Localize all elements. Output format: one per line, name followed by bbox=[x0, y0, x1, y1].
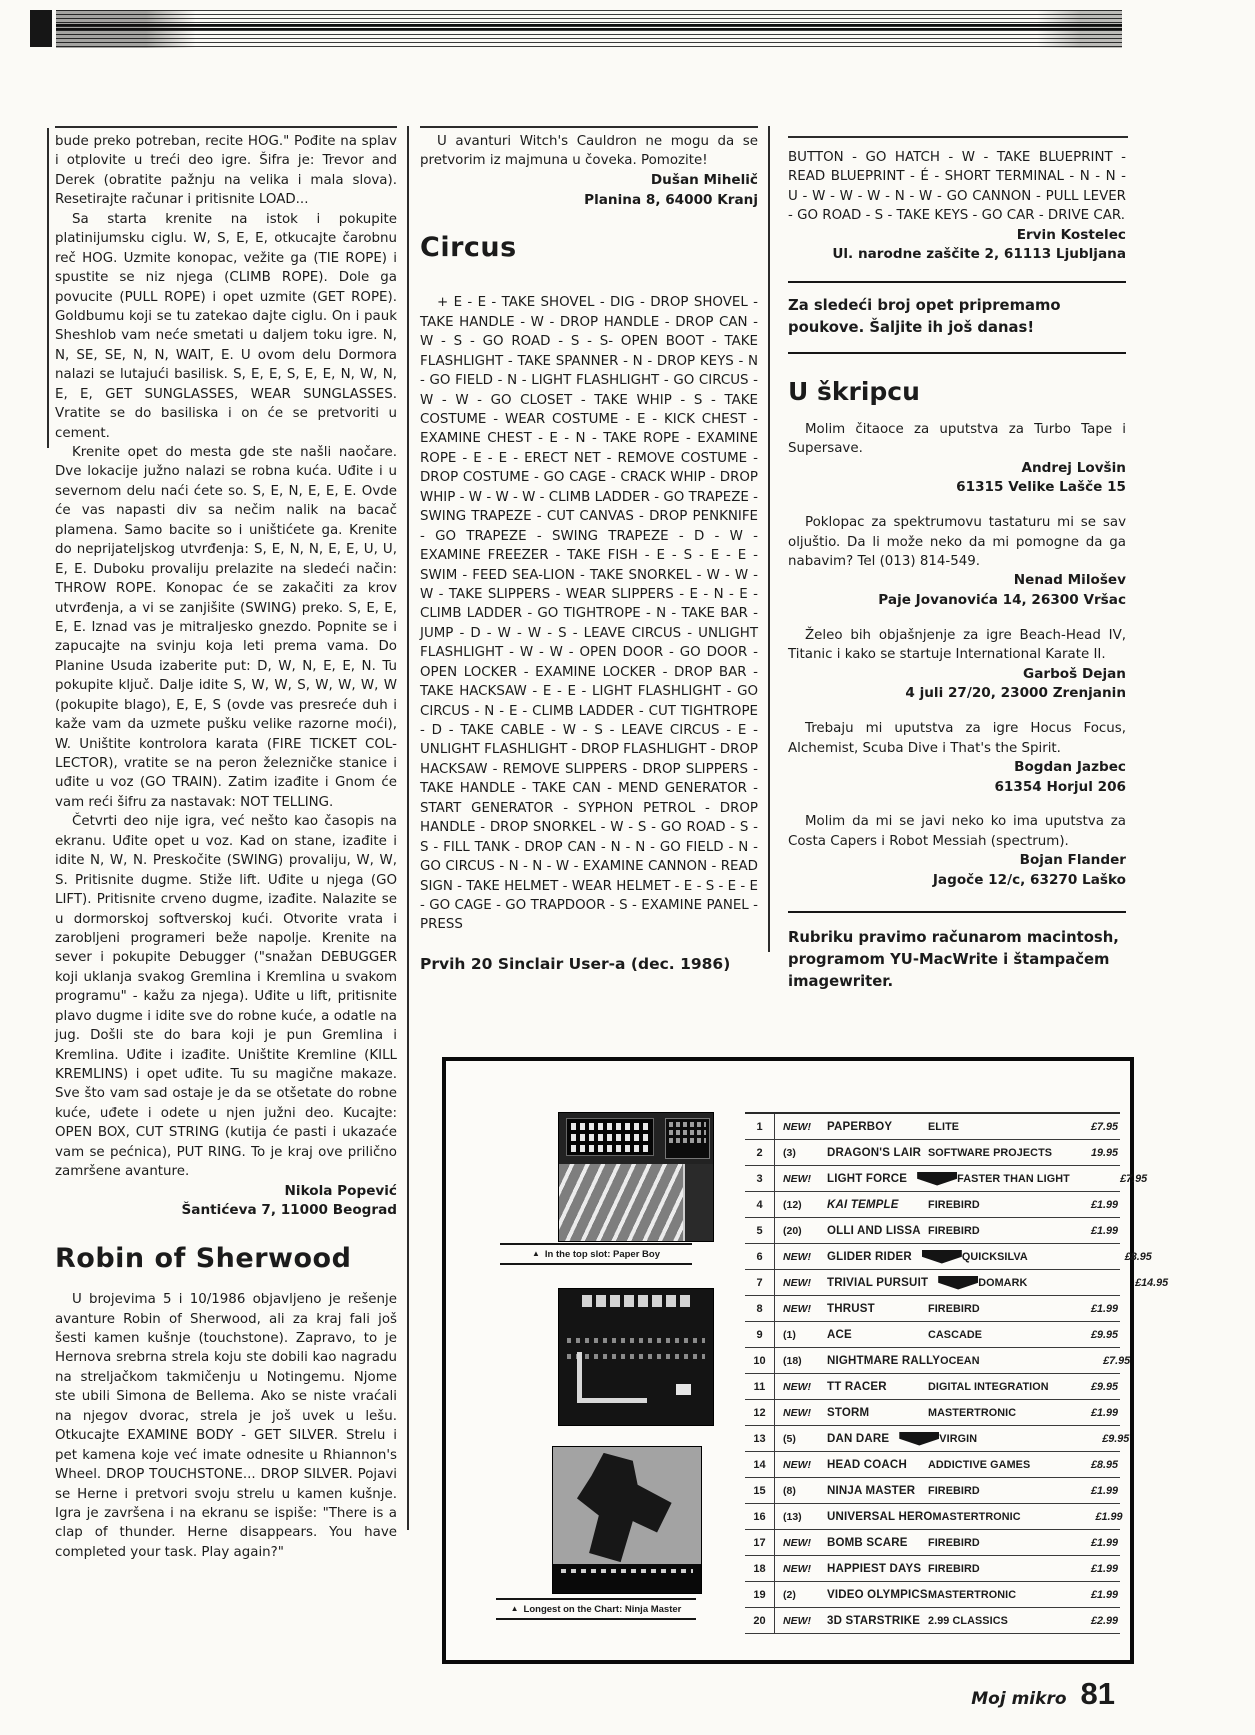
article-heading: Circus bbox=[420, 228, 758, 267]
game-title: HAPPIEST DAYS bbox=[827, 1563, 921, 1575]
letter-text: Poklopac za spektrumovu tastaturu mi se … bbox=[788, 513, 1126, 571]
publisher-cell: DIGITAL INTEGRATION bbox=[928, 1381, 1068, 1393]
previous-position-cell: (3) bbox=[775, 1147, 827, 1159]
letter-author: Bojan Flander bbox=[788, 851, 1126, 871]
column-1: bude preko potreban, recite HOG." Pođite… bbox=[55, 132, 397, 1562]
previous-position-cell: NEW! bbox=[775, 1563, 827, 1575]
title-cell: LIGHT FORCE bbox=[827, 1172, 957, 1186]
game-title: NINJA MASTER bbox=[827, 1485, 915, 1497]
price-cell: £8.95 bbox=[1068, 1459, 1120, 1471]
previous-position-cell: (5) bbox=[775, 1433, 827, 1445]
previous-position-cell: (18) bbox=[775, 1355, 827, 1367]
caption-text: Longest on the Chart: Ninja Master bbox=[524, 1604, 682, 1615]
table-row: 2 (3) DRAGON'S LAIR SOFTWARE PROJECTS 19… bbox=[745, 1140, 1120, 1166]
title-cell: NIGHTMARE RALLY bbox=[827, 1355, 940, 1367]
previous-position-cell: (8) bbox=[775, 1485, 827, 1497]
column1-top-rule bbox=[55, 126, 397, 128]
publisher-cell: ELITE bbox=[928, 1121, 1068, 1133]
letter-author: Andrej Lovšin bbox=[788, 459, 1126, 479]
publisher-cell: FIREBIRD bbox=[928, 1485, 1068, 1497]
game-title: BOMB SCARE bbox=[827, 1537, 908, 1549]
title-cell: TT RACER bbox=[827, 1381, 928, 1393]
title-cell: STORM bbox=[827, 1407, 928, 1419]
game-title: ACE bbox=[827, 1329, 852, 1341]
price-cell: £1.99 bbox=[1068, 1407, 1120, 1419]
letter-author: Bogdan Jazbec bbox=[788, 758, 1126, 778]
price-cell: £7.95 bbox=[1097, 1173, 1149, 1185]
page-number: 81 bbox=[1081, 1676, 1115, 1712]
price-cell: £1.99 bbox=[1068, 1563, 1120, 1575]
rank-cell: 4 bbox=[745, 1192, 775, 1217]
title-cell: OLLI AND LISSA bbox=[827, 1225, 928, 1237]
rank-cell: 5 bbox=[745, 1218, 775, 1243]
ninja-silhouette bbox=[565, 1453, 686, 1567]
rank-cell: 15 bbox=[745, 1478, 775, 1503]
author-address: Šantićeva 7, 11000 Beograd bbox=[55, 1201, 397, 1221]
pixel-text bbox=[571, 1123, 649, 1130]
rank-cell: 14 bbox=[745, 1452, 775, 1477]
article-heading: Robin of Sherwood bbox=[55, 1239, 397, 1278]
caption-text: In the top slot: Paper Boy bbox=[545, 1249, 660, 1260]
walkthrough-text: BUTTON - GO HATCH - W - TAKE BLUEPRINT -… bbox=[788, 148, 1126, 226]
price-cell: £1.99 bbox=[1072, 1511, 1124, 1523]
table-row: 13 (5) DAN DARE VIRGIN £9.95 bbox=[745, 1426, 1120, 1452]
publisher-cell: FIREBIRD bbox=[928, 1537, 1068, 1549]
column1-left-rule bbox=[47, 128, 49, 448]
magazine-page: bude preko potreban, recite HOG." Pođite… bbox=[0, 0, 1255, 1735]
chart-source-caption: Prvih 20 Sinclair User-a (dec. 1986) bbox=[420, 953, 758, 975]
game-title: THRUST bbox=[827, 1303, 875, 1315]
pixel-text bbox=[571, 1145, 649, 1152]
paperboy-score-panel bbox=[665, 1118, 710, 1158]
game-title: TT RACER bbox=[827, 1381, 887, 1393]
table-row: 11 NEW! TT RACER DIGITAL INTEGRATION £9.… bbox=[745, 1374, 1120, 1400]
chart-buster-badge bbox=[938, 1276, 978, 1290]
publisher-cell: FASTER THAN LIGHT bbox=[957, 1173, 1097, 1185]
table-row: 20 NEW! 3D STARSTRIKE 2.99 CLASSICS £2.9… bbox=[745, 1608, 1120, 1634]
chart-buster-badge bbox=[922, 1250, 962, 1264]
table-row: 19 (2) VIDEO OLYMPICS MASTERTRONIC £1.99 bbox=[745, 1582, 1120, 1608]
rank-cell: 13 bbox=[745, 1426, 775, 1451]
price-cell: £9.95 bbox=[1068, 1381, 1120, 1393]
game-title: VIDEO OLYMPICS bbox=[827, 1589, 928, 1601]
reader-letter: Molim da mi se javi neko ko ima uputstva… bbox=[788, 812, 1126, 890]
previous-position-cell: NEW! bbox=[775, 1173, 827, 1185]
top20-table: 1 NEW! PAPERBOY ELITE £7.95 2 (3) DRAGON… bbox=[745, 1112, 1120, 1634]
game-title: DRAGON'S LAIR bbox=[827, 1147, 921, 1159]
publisher-cell: MASTERTRONIC bbox=[928, 1407, 1068, 1419]
screenshot-uridium bbox=[558, 1288, 714, 1426]
editorial-promo-note: Za sledeći broj opet pripremamo poukove.… bbox=[788, 281, 1126, 353]
title-cell: HAPPIEST DAYS bbox=[827, 1563, 928, 1575]
price-cell: £9.95 bbox=[1068, 1329, 1120, 1341]
reader-letter: Molim čitaoce za uputstva za Turbo Tape … bbox=[788, 420, 1126, 498]
price-cell: £1.99 bbox=[1068, 1303, 1120, 1315]
walkthrough-text: + E - E - TAKE SHOVEL - DIG - DROP SHOVE… bbox=[420, 293, 758, 934]
price-cell: £2.99 bbox=[1068, 1615, 1120, 1627]
title-cell: 3D STARSTRIKE bbox=[827, 1615, 928, 1627]
game-title: NIGHTMARE RALLY bbox=[827, 1355, 940, 1367]
game-title: KAI TEMPLE bbox=[827, 1199, 899, 1211]
title-cell: KAI TEMPLE bbox=[827, 1199, 928, 1211]
rank-cell: 2 bbox=[745, 1140, 775, 1165]
previous-position-cell: (1) bbox=[775, 1329, 827, 1341]
table-row: 10 (18) NIGHTMARE RALLY OCEAN £7.95 bbox=[745, 1348, 1120, 1374]
table-row: 12 NEW! STORM MASTERTRONIC £1.99 bbox=[745, 1400, 1120, 1426]
rank-cell: 8 bbox=[745, 1296, 775, 1321]
chart-buster-badge bbox=[917, 1172, 957, 1186]
letter-text: Želeo bih objašnjenje za igre Beach-Head… bbox=[788, 626, 1126, 665]
magazine-brand: Moj mikro bbox=[971, 1689, 1066, 1709]
table-row: 9 (1) ACE CASCADE £9.95 bbox=[745, 1322, 1120, 1348]
game-title: PAPERBOY bbox=[827, 1121, 892, 1133]
letter-address: 61354 Horjul 206 bbox=[788, 778, 1126, 798]
paperboy-logo-area bbox=[567, 1119, 653, 1155]
publisher-cell: FIREBIRD bbox=[928, 1303, 1068, 1315]
previous-position-cell: NEW! bbox=[775, 1303, 827, 1315]
letter-address: 4 juli 27/20, 23000 Zrenjanin bbox=[788, 684, 1126, 704]
title-cell: NINJA MASTER bbox=[827, 1485, 928, 1497]
publisher-cell: FIREBIRD bbox=[928, 1199, 1068, 1211]
rank-cell: 9 bbox=[745, 1322, 775, 1347]
caption-triangle-icon: ▲ bbox=[532, 1250, 540, 1258]
letter-text: Molim da mi se javi neko ko ima uputstva… bbox=[788, 812, 1126, 851]
column2-top-rule bbox=[420, 126, 758, 128]
rank-cell: 11 bbox=[745, 1374, 775, 1399]
letter-address: Paje Jovanovića 14, 26300 Vršac bbox=[788, 591, 1126, 611]
sprite-blip bbox=[676, 1384, 691, 1395]
screenshot-caption: ▲ In the top slot: Paper Boy bbox=[500, 1243, 692, 1265]
title-cell: DAN DARE bbox=[827, 1432, 939, 1446]
pixel-text bbox=[669, 1130, 706, 1135]
letter-text: Trebaju mi uputstva za igre Hocus Focus,… bbox=[788, 719, 1126, 758]
title-cell: GLIDER RIDER bbox=[827, 1250, 962, 1264]
letter-address: 61315 Velike Lašče 15 bbox=[788, 478, 1126, 498]
title-cell: VIDEO OLYMPICS bbox=[827, 1589, 928, 1601]
publisher-cell: VIRGIN bbox=[939, 1433, 1079, 1445]
screenshot-caption: ▲ Longest on the Chart: Ninja Master bbox=[496, 1598, 696, 1620]
game-title: OLLI AND LISSA bbox=[827, 1225, 921, 1237]
author-name: Dušan Mihelič bbox=[420, 171, 758, 191]
playfield-structure bbox=[577, 1352, 647, 1403]
previous-position-cell: NEW! bbox=[775, 1381, 827, 1393]
rank-cell: 10 bbox=[745, 1348, 775, 1373]
rank-cell: 12 bbox=[745, 1400, 775, 1425]
paragraph: Sa starta krenite na istok i pokupite pl… bbox=[55, 210, 397, 443]
pixel-row bbox=[567, 1338, 706, 1343]
price-cell: £1.99 bbox=[1068, 1225, 1120, 1237]
paragraph: bude preko potreban, recite HOG." Pođite… bbox=[55, 132, 397, 210]
title-cell: ACE bbox=[827, 1329, 928, 1341]
publisher-cell: DOMARK bbox=[978, 1277, 1118, 1289]
rank-cell: 3 bbox=[745, 1166, 775, 1191]
column3-top-rule bbox=[788, 136, 1128, 138]
publisher-cell: MASTERTRONIC bbox=[932, 1511, 1072, 1523]
caption-triangle-icon: ▲ bbox=[511, 1605, 519, 1613]
rank-cell: 19 bbox=[745, 1582, 775, 1607]
pixel-text bbox=[571, 1134, 649, 1141]
game-title: GLIDER RIDER bbox=[827, 1251, 912, 1263]
top20-chart-box: ▲ In the top slot: Paper Boy ▲ Longest o… bbox=[442, 1057, 1134, 1664]
previous-position-cell: NEW! bbox=[775, 1251, 827, 1263]
rank-cell: 1 bbox=[745, 1114, 775, 1139]
previous-position-cell: (12) bbox=[775, 1199, 827, 1211]
paragraph: Četvrti deo nije igra, već nešto kao čas… bbox=[55, 812, 397, 1181]
page-footer: Moj mikro 81 bbox=[971, 1676, 1115, 1712]
price-cell: £7.95 bbox=[1080, 1355, 1132, 1367]
price-cell: £7.95 bbox=[1068, 1121, 1120, 1133]
paragraph: U avanturi Witch's Cauldron ne mogu da s… bbox=[420, 132, 758, 171]
screenshot-paperboy bbox=[558, 1112, 714, 1242]
paperboy-kerb-area bbox=[683, 1164, 713, 1241]
price-cell: £9.95 bbox=[1079, 1433, 1131, 1445]
table-row: 7 NEW! TRIVIAL PURSUIT DOMARK £14.95 bbox=[745, 1270, 1120, 1296]
rank-cell: 7 bbox=[745, 1270, 775, 1295]
publisher-cell: SOFTWARE PROJECTS bbox=[928, 1147, 1068, 1159]
previous-position-cell: NEW! bbox=[775, 1459, 827, 1471]
title-cell: TRIVIAL PURSUIT bbox=[827, 1276, 978, 1290]
table-row: 14 NEW! HEAD COACH ADDICTIVE GAMES £8.95 bbox=[745, 1452, 1120, 1478]
rank-cell: 20 bbox=[745, 1608, 775, 1633]
previous-position-cell: (2) bbox=[775, 1589, 827, 1601]
reader-letter: Trebaju mi uputstva za igre Hocus Focus,… bbox=[788, 719, 1126, 797]
title-cell: THRUST bbox=[827, 1303, 928, 1315]
previous-position-cell: (13) bbox=[775, 1511, 827, 1523]
paperboy-road-area bbox=[559, 1164, 685, 1241]
column-3: BUTTON - GO HATCH - W - TAKE BLUEPRINT -… bbox=[788, 148, 1126, 993]
column-divider-2 bbox=[768, 126, 770, 952]
pixel-text bbox=[561, 1569, 693, 1573]
publisher-cell: CASCADE bbox=[928, 1329, 1068, 1341]
chart-table-body: 1 NEW! PAPERBOY ELITE £7.95 2 (3) DRAGON… bbox=[745, 1114, 1120, 1634]
table-row: 6 NEW! GLIDER RIDER QUICKSILVA £8.95 bbox=[745, 1244, 1120, 1270]
letter-text: Molim čitaoce za uputstva za Turbo Tape … bbox=[788, 420, 1126, 459]
column-divider-1 bbox=[407, 126, 409, 1530]
game-title: TRIVIAL PURSUIT bbox=[827, 1277, 928, 1289]
letter-author: Garboš Dejan bbox=[788, 665, 1126, 685]
game-title: UNIVERSAL HERO bbox=[827, 1511, 932, 1523]
author-name: Ervin Kostelec bbox=[788, 226, 1126, 246]
table-row: 8 NEW! THRUST FIREBIRD £1.99 bbox=[745, 1296, 1120, 1322]
letter-address: Jagoče 12/c, 63270 Laško bbox=[788, 871, 1126, 891]
publisher-cell: MASTERTRONIC bbox=[928, 1589, 1068, 1601]
pixel-text bbox=[669, 1138, 706, 1143]
paragraph: Krenite opet do mesta gde ste našli naoč… bbox=[55, 443, 397, 812]
publisher-cell: FIREBIRD bbox=[928, 1225, 1068, 1237]
publisher-cell: FIREBIRD bbox=[928, 1563, 1068, 1575]
table-row: 17 NEW! BOMB SCARE FIREBIRD £1.99 bbox=[745, 1530, 1120, 1556]
section-heading: U škripcu bbox=[788, 374, 1126, 410]
game-title: LIGHT FORCE bbox=[827, 1173, 907, 1185]
reader-letter: Poklopac za spektrumovu tastaturu mi se … bbox=[788, 513, 1126, 611]
price-cell: £14.95 bbox=[1118, 1277, 1170, 1289]
rank-cell: 16 bbox=[745, 1504, 775, 1529]
header-ruled-band-accent bbox=[56, 24, 1122, 31]
game-title: HEAD COACH bbox=[827, 1459, 907, 1471]
table-row: 1 NEW! PAPERBOY ELITE £7.95 bbox=[745, 1114, 1120, 1140]
status-band bbox=[553, 1564, 701, 1593]
price-cell: £1.99 bbox=[1068, 1537, 1120, 1549]
letter-author: Nenad Milošev bbox=[788, 571, 1126, 591]
game-title: 3D STARSTRIKE bbox=[827, 1615, 920, 1627]
rank-cell: 18 bbox=[745, 1556, 775, 1581]
publisher-cell: ADDICTIVE GAMES bbox=[928, 1459, 1068, 1471]
title-cell: PAPERBOY bbox=[827, 1121, 928, 1133]
author-address: Planina 8, 64000 Kranj bbox=[420, 191, 758, 211]
reader-letter: Želeo bih objašnjenje za igre Beach-Head… bbox=[788, 626, 1126, 704]
previous-position-cell: NEW! bbox=[775, 1121, 827, 1133]
author-name: Nikola Popević bbox=[55, 1182, 397, 1202]
publisher-cell: QUICKSILVA bbox=[962, 1251, 1102, 1263]
price-cell: £1.99 bbox=[1068, 1485, 1120, 1497]
title-cell: BOMB SCARE bbox=[827, 1537, 928, 1549]
table-row: 3 NEW! LIGHT FORCE FASTER THAN LIGHT £7.… bbox=[745, 1166, 1120, 1192]
game-title: DAN DARE bbox=[827, 1433, 889, 1445]
publisher-cell: OCEAN bbox=[940, 1355, 1080, 1367]
price-cell: £1.99 bbox=[1068, 1199, 1120, 1211]
table-row: 15 (8) NINJA MASTER FIREBIRD £1.99 bbox=[745, 1478, 1120, 1504]
price-cell: 19.95 bbox=[1068, 1147, 1120, 1159]
author-address: Ul. narodne zaščite 2, 61113 Ljubljana bbox=[788, 245, 1126, 265]
title-cell: HEAD COACH bbox=[827, 1459, 928, 1471]
previous-position-cell: NEW! bbox=[775, 1407, 827, 1419]
colophon-note: Rubriku pravimo računarom macintosh, pro… bbox=[788, 911, 1126, 994]
table-row: 5 (20) OLLI AND LISSA FIREBIRD £1.99 bbox=[745, 1218, 1120, 1244]
price-cell: £1.99 bbox=[1068, 1589, 1120, 1601]
title-cell: UNIVERSAL HERO bbox=[827, 1511, 932, 1523]
chart-buster-badge bbox=[899, 1432, 939, 1446]
rank-cell: 6 bbox=[745, 1244, 775, 1269]
previous-position-cell: NEW! bbox=[775, 1537, 827, 1549]
table-row: 16 (13) UNIVERSAL HERO MASTERTRONIC £1.9… bbox=[745, 1504, 1120, 1530]
previous-position-cell: (20) bbox=[775, 1225, 827, 1237]
header-ink-block bbox=[30, 10, 52, 47]
title-cell: DRAGON'S LAIR bbox=[827, 1147, 928, 1159]
price-cell: £8.95 bbox=[1102, 1251, 1154, 1263]
screenshot-ninja-master bbox=[552, 1446, 702, 1594]
rank-cell: 17 bbox=[745, 1530, 775, 1555]
game-title-graphic bbox=[582, 1295, 690, 1307]
previous-position-cell: NEW! bbox=[775, 1277, 827, 1289]
game-title: STORM bbox=[827, 1407, 869, 1419]
pixel-text bbox=[669, 1122, 706, 1127]
table-row: 4 (12) KAI TEMPLE FIREBIRD £1.99 bbox=[745, 1192, 1120, 1218]
publisher-cell: 2.99 CLASSICS bbox=[928, 1615, 1068, 1627]
table-row: 18 NEW! HAPPIEST DAYS FIREBIRD £1.99 bbox=[745, 1556, 1120, 1582]
column-2: U avanturi Witch's Cauldron ne mogu da s… bbox=[420, 132, 758, 975]
previous-position-cell: NEW! bbox=[775, 1615, 827, 1627]
paragraph: U brojevima 5 i 10/1986 objavljeno je re… bbox=[55, 1290, 397, 1562]
